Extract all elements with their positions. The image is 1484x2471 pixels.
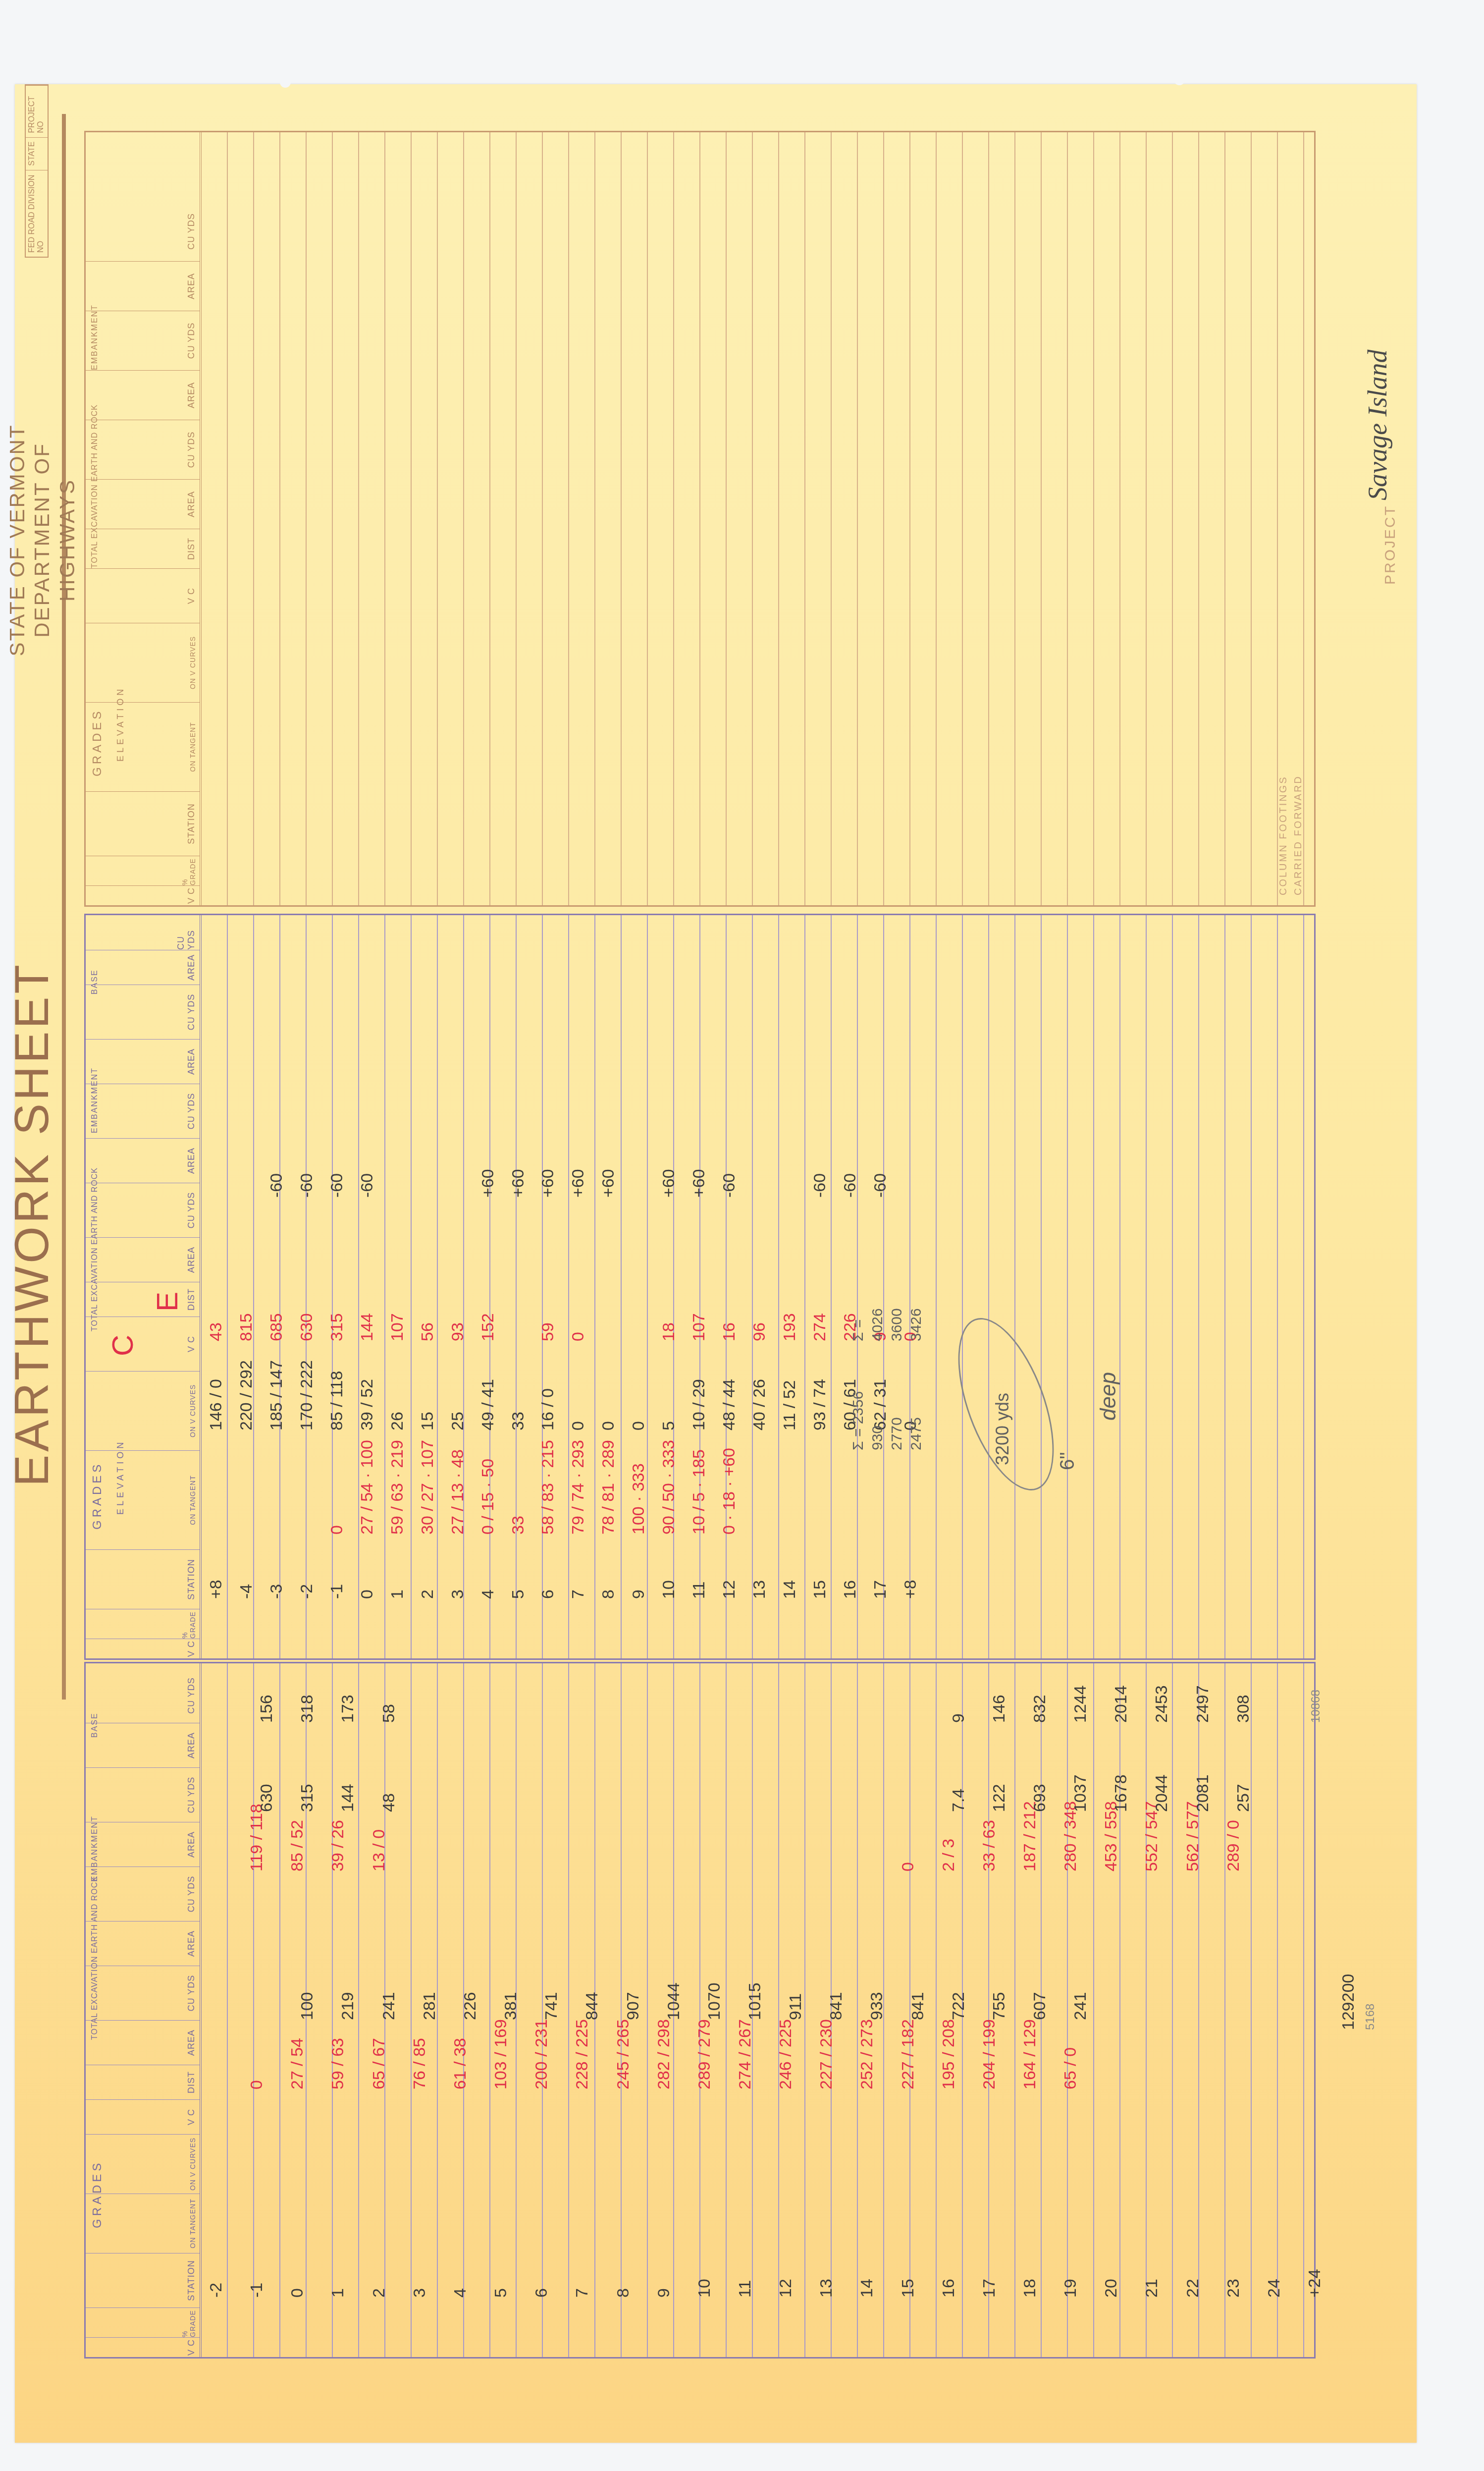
excavation-cuyds-cell: +60: [569, 1169, 588, 1198]
excavation-area-cell: 59 / 63: [328, 2038, 348, 2089]
grades-group-label: GRADES: [91, 1462, 105, 1530]
corr-cell: 56: [418, 1322, 437, 1341]
station-cell: 3: [448, 1590, 468, 1599]
col-exc-cuyds: CU YDS: [86, 1183, 200, 1237]
col-exc-area: AREA: [86, 2020, 200, 2065]
station-cell: 6: [532, 2288, 551, 2298]
col-grade: % GRADE: [86, 2307, 200, 2337]
station-cell: 9: [629, 1590, 648, 1599]
embankment-label: EMBANKMENT: [91, 304, 100, 370]
elev-tangent-cell: 59 / 63 · 219: [388, 1440, 407, 1535]
excavation-cuyds-cell: -60: [810, 1173, 830, 1198]
excavation-cuyds-cell: -60: [841, 1173, 860, 1198]
base-cuyds-cell: 1244: [1071, 1685, 1090, 1723]
excavation-area-cell: 61 / 38: [451, 2038, 470, 2089]
total-excavation-label: TOTAL EXCAVATION EARTH AND ROCK: [91, 1167, 100, 1331]
embankment-cuyds-cell: 1678: [1112, 1774, 1131, 1812]
excavation-cuyds-cell: 226: [461, 1992, 480, 2020]
col-corr-vc: V C: [86, 1317, 200, 1371]
carried-forward-label: CARRIED FORWARD: [1293, 775, 1304, 895]
excavation-area-cell: 227 / 182: [899, 2019, 918, 2089]
station-cell: 0: [358, 1590, 377, 1599]
station-cell: 17: [871, 1580, 890, 1599]
embankment-cuyds-cell: 693: [1030, 1784, 1050, 1812]
excavation-cuyds-cell: 241: [379, 1992, 399, 2020]
elev-tangent-cell: 27 / 13 · 48: [448, 1449, 468, 1535]
elev-tangent-cell: 78 / 81 · 289: [599, 1440, 618, 1535]
corr-cell: 274: [810, 1313, 830, 1341]
base-cuyds-cell: 2497: [1193, 1685, 1213, 1723]
col-cuyds2: CU YDS: [86, 1867, 200, 1921]
embankment-area-cell: 13 / 0: [370, 1829, 389, 1871]
elev-curves-cell: 10 / 29: [689, 1379, 709, 1430]
corr-cell: 685: [267, 1313, 286, 1341]
earthwork-sheet-paper: EARTHWORK SHEET STATE OF VERMONT DEPARTM…: [15, 84, 1417, 2443]
station-cell: 9: [654, 2288, 674, 2298]
fed-division-label: FED ROAD DIVISION NO: [26, 170, 48, 257]
elev-curves-cell: 0: [569, 1421, 588, 1430]
sum2-b: 3600: [887, 1308, 906, 1341]
section-2-rows: +8146 / 043-4220 / 292815-3185 / 147685-…: [202, 915, 1314, 1658]
station-cell: 1: [388, 1590, 407, 1599]
station-cell: 3: [410, 2288, 429, 2298]
col-corr-vc: V C: [86, 568, 200, 623]
section-2-header: GRADES ELEVATION TOTAL EXCAVATION EARTH …: [86, 915, 202, 1658]
sum1-a: 2770: [887, 1391, 906, 1450]
section-1-rows: -2-10119 / 118630156027 / 5410085 / 5231…: [202, 1663, 1314, 2357]
embankment-area-cell: 39 / 26: [328, 1820, 348, 1871]
excavation-cuyds-cell: +60: [478, 1169, 498, 1198]
excavation-cuyds-cell: 722: [949, 1992, 968, 2020]
elev-tangent-cell: 0 / 15 · 50: [478, 1459, 498, 1535]
corr-cell: 43: [207, 1322, 226, 1341]
excavation-cuyds-cell: 1015: [745, 1982, 765, 2020]
station-cell: 11: [689, 1582, 709, 1599]
elev-curves-cell: 39 / 52: [358, 1379, 377, 1430]
grades-group-label: GRADES: [91, 2160, 105, 2228]
excavation-cuyds-cell: 755: [990, 1992, 1009, 2020]
embankment-label: EMBANKMENT: [91, 1815, 100, 1881]
corr-cell: 193: [780, 1313, 799, 1341]
elev-curves-cell: 49 / 41: [478, 1379, 498, 1430]
col-exc-area: AREA: [86, 479, 200, 529]
station-cell: 14: [857, 2279, 877, 2298]
col-grade: % GRADE: [86, 856, 200, 885]
elev-curves-cell: 33: [509, 1412, 528, 1430]
station-cell: 19: [1061, 2279, 1080, 2298]
station-cell: -2: [207, 2283, 226, 2298]
embankment-cuyds-cell: 2081: [1193, 1774, 1213, 1812]
col-on-v-curves: ON V CURVES: [86, 623, 200, 702]
col-area2: AREA: [86, 1138, 200, 1183]
project-no-label: PROJECT NO: [26, 85, 48, 137]
col-corr-vc: V C: [86, 2099, 200, 2134]
excavation-cuyds-cell: +60: [689, 1169, 709, 1198]
embankment-area-cell: 289 / 0: [1224, 1820, 1243, 1871]
col-vc: V C: [86, 1639, 200, 1658]
station-cell: 14: [780, 1580, 799, 1599]
station-cell: 20: [1102, 2279, 1121, 2298]
total-excavation-label: TOTAL EXCAVATION EARTH AND ROCK: [91, 404, 100, 568]
column-headers: V C % GRADE STATION ON TANGENT ON V CURV…: [86, 915, 200, 1658]
col-exc-cuyds: CU YDS: [86, 1966, 200, 2020]
col-area2: AREA: [86, 370, 200, 420]
col-dist: DIST: [86, 529, 200, 568]
embankment-cuyds-cell: 630: [257, 1784, 276, 1812]
elev-curves-cell: 146 / 0: [207, 1379, 226, 1430]
corr-cell: 0: [569, 1332, 588, 1341]
col-dist: DIST: [86, 2065, 200, 2099]
station-cell: 4: [451, 2288, 470, 2298]
elev-curves-cell: 40 / 26: [750, 1379, 769, 1430]
base-label: BASE: [91, 969, 100, 994]
embankment-cuyds-cell: 7.4: [949, 1789, 968, 1812]
base-cuyds-cell: 9: [949, 1713, 968, 1723]
station-cell: +8: [901, 1580, 920, 1599]
section-1-header: GRADES TOTAL EXCAVATION EARTH AND ROCK E…: [86, 1663, 202, 2357]
elev-curves-cell: 16 / 0: [538, 1388, 558, 1430]
excavation-cuyds-cell: 933: [867, 1992, 887, 2020]
elev-curves-cell: 25: [448, 1412, 468, 1430]
embankment-area-cell: 85 / 52: [288, 1820, 307, 1871]
sum1-sub: 930: [868, 1391, 887, 1450]
station-cell: 5: [509, 1590, 528, 1599]
excavation-cuyds-cell: -60: [720, 1173, 739, 1198]
elev-curves-cell: 185 / 147: [267, 1360, 286, 1430]
column-footings-label: COLUMN FOOTINGS: [1278, 775, 1289, 895]
base-cuyds-cell: 318: [298, 1695, 317, 1723]
excavation-cuyds-cell: +60: [659, 1169, 679, 1198]
excavation-cuyds-cell: 607: [1030, 1992, 1050, 2020]
station-cell: 7: [569, 1590, 588, 1599]
corr-cell: 18: [659, 1322, 679, 1341]
station-cell: 23: [1224, 2279, 1243, 2298]
station-cell: 0: [288, 2288, 307, 2298]
base-label: BASE: [91, 1712, 100, 1738]
section-3-header: GRADES ELEVATION TOTAL EXCAVATION EARTH …: [86, 132, 202, 905]
station-cell: 10: [659, 1580, 679, 1599]
elev-tangent-cell: 0: [327, 1525, 347, 1535]
excavation-cuyds-cell: -60: [297, 1173, 317, 1198]
station-cell: -1: [327, 1584, 347, 1599]
project-label: PROJECT: [1382, 505, 1399, 585]
station-cell: 16: [841, 1580, 860, 1599]
base-cuyds-cell: 146: [990, 1695, 1009, 1723]
excavation-area-cell: 289 / 279: [695, 2019, 714, 2089]
section-3: GRADES ELEVATION TOTAL EXCAVATION EARTH …: [84, 131, 1316, 907]
excavation-area-cell: 65 / 0: [1061, 2047, 1080, 2089]
excavation-area-cell: 246 / 225: [776, 2019, 795, 2089]
station-cell: 6: [538, 1590, 558, 1599]
col-base-cuyds: CU YDS: [86, 1668, 200, 1723]
embankment-cuyds-cell: 144: [338, 1784, 358, 1812]
elevation-group-label: ELEVATION: [115, 686, 126, 762]
corr-cell: 59: [538, 1322, 558, 1341]
base-cuyds-cell: 58: [379, 1704, 399, 1723]
excavation-cuyds-cell: -60: [267, 1173, 286, 1198]
excavation-cuyds-cell: +60: [509, 1169, 528, 1198]
col-cuyds2: CU YDS: [86, 311, 200, 370]
depth-note: 6": [1057, 1452, 1079, 1470]
embankment-area-cell: 0: [899, 1862, 918, 1871]
elev-curves-cell: 48 / 44: [720, 1379, 739, 1430]
corr-cell: 152: [478, 1313, 498, 1341]
base-cuyds-cell: 2014: [1112, 1685, 1131, 1723]
sum1-b: 2475: [906, 1391, 926, 1450]
station-cell: -2: [297, 1584, 317, 1599]
embankment-cuyds-cell: 122: [990, 1784, 1009, 1812]
excavation-cuyds-cell: 219: [338, 1992, 358, 2020]
header-rule: [62, 114, 66, 1700]
punch-hole: [988, 35, 999, 46]
elev-curves-cell: 5: [659, 1421, 679, 1430]
elev-tangent-cell: 79 / 74 · 293: [569, 1440, 588, 1535]
col-vc: V C: [86, 2337, 200, 2357]
station-cell: 21: [1142, 2279, 1162, 2298]
total-excavation-label: TOTAL EXCAVATION EARTH AND ROCK: [91, 1876, 100, 2040]
station-cell: 11: [736, 2280, 755, 2298]
elev-curves-cell: 11 / 52: [780, 1380, 799, 1430]
elev-tangent-cell: 0 · 18 · +60: [720, 1448, 739, 1535]
column-headers: V C % GRADE STATION ON TANGENT ON V CURV…: [86, 132, 200, 905]
elev-tangent-cell: 33: [509, 1516, 528, 1535]
agency-line2: DEPARTMENT OF HIGHWAYS: [30, 411, 80, 669]
excavation-cuyds-cell: 841: [908, 1992, 928, 2020]
excavation-total: 129200: [1339, 1974, 1358, 2030]
base-cuyds-cell: 832: [1030, 1695, 1050, 1723]
elev-tangent-cell: 58 / 83 · 215: [538, 1440, 558, 1535]
corr-cell: 315: [327, 1313, 347, 1341]
excavation-area-cell: 27 / 54: [288, 2038, 307, 2089]
sum2-c: 3426: [906, 1308, 926, 1341]
col-exc-area: AREA: [86, 1237, 200, 1282]
station-cell: 18: [1020, 2279, 1040, 2298]
embankment-cuyds-cell: 315: [298, 1784, 317, 1812]
annotation-e: E: [150, 1292, 184, 1312]
section-1: GRADES TOTAL EXCAVATION EARTH AND ROCK E…: [84, 1662, 1316, 2359]
embankment-area-cell: 119 / 118: [247, 1804, 266, 1871]
col-emb-area: AREA: [86, 261, 200, 311]
excavation-cuyds-cell: 1070: [705, 1982, 724, 2020]
excavation-area-cell: 103 / 169: [491, 2019, 511, 2089]
col-base-cuyds: CU YDS: [86, 915, 200, 950]
corr-cell: 144: [358, 1313, 377, 1341]
elev-curves-cell: 93 / 74: [810, 1379, 830, 1430]
excavation-area-cell: 282 / 298: [654, 2019, 674, 2089]
fed-road-box: FED ROAD DIVISION NO STATE PROJECT NO: [25, 84, 49, 258]
sum2-label: Σ =: [848, 1308, 868, 1341]
station-cell: 22: [1183, 2279, 1203, 2298]
punch-hole: [1174, 59, 1185, 70]
embankment-cuyds-cell: 48: [379, 1793, 399, 1812]
col-area2: AREA: [86, 1921, 200, 1966]
grades-group-label: GRADES: [91, 709, 105, 776]
station-cell: 8: [614, 2288, 633, 2298]
corr-cell: 16: [720, 1322, 739, 1341]
station-cell: 8: [599, 1590, 618, 1599]
station-cell: 12: [720, 1580, 739, 1599]
corr-cell: 107: [689, 1313, 709, 1341]
station-cell: 5: [491, 2288, 511, 2298]
station-cell: 10: [695, 2279, 714, 2298]
excavation-cuyds-cell: 281: [420, 1992, 439, 2020]
excavation-area-cell: 204 / 199: [980, 2019, 999, 2089]
elev-curves-cell: 170 / 222: [297, 1360, 317, 1430]
elev-curves-cell: 85 / 118: [327, 1371, 347, 1430]
station-cell: 2: [370, 2288, 389, 2298]
embankment-cuyds-cell: 257: [1234, 1784, 1253, 1812]
excavation-cuyds-cell: 741: [542, 1992, 561, 2020]
station-cell: 2: [418, 1590, 437, 1599]
elev-curves-cell: 220 / 292: [237, 1360, 256, 1430]
col-grade: % GRADE: [86, 1609, 200, 1639]
station-cell: +24: [1305, 2269, 1325, 2298]
excavation-area-cell: 200 / 231: [532, 2019, 551, 2089]
excavation-area-cell: 195 / 208: [939, 2019, 958, 2089]
embankment-area-cell: 33 / 63: [980, 1820, 999, 1871]
station-cell: 13: [750, 1580, 769, 1599]
col-emb-cuyds: CU YDS: [86, 1767, 200, 1822]
base-cuyds-cell: 2453: [1152, 1685, 1171, 1723]
col-emb-area: AREA: [86, 1822, 200, 1867]
corr-cell: 96: [750, 1322, 769, 1341]
col-exc-cuyds: CU YDS: [86, 420, 200, 479]
corr-cell: 93: [448, 1322, 468, 1341]
corr-cell: 815: [237, 1313, 256, 1341]
col-emb-area: AREA: [86, 1039, 200, 1084]
excavation-cuyds-cell: 911: [786, 1993, 805, 2020]
base-total: 10868: [1309, 1690, 1323, 1723]
sheet-title: EARTHWORK SHEET: [5, 962, 59, 1486]
corr-cell: 630: [297, 1313, 317, 1341]
embankment-label: EMBANKMENT: [91, 1067, 100, 1133]
elev-curves-cell: 0: [629, 1421, 648, 1430]
column-headers: V C % GRADE STATION ON TANGENT ON V CURV…: [86, 1663, 200, 2357]
base-cuyds-cell: 308: [1234, 1695, 1253, 1723]
excavation-area-cell: 65 / 67: [370, 2038, 389, 2089]
col-on-v-curves: ON V CURVES: [86, 1371, 200, 1450]
station-cell: 15: [810, 1580, 830, 1599]
excavation-note: 5168: [1364, 2004, 1378, 2030]
elev-tangent-cell: 30 / 27 · 107: [418, 1440, 437, 1535]
excavation-cuyds-cell: 841: [827, 1992, 846, 2020]
embankment-cuyds-cell: 2044: [1152, 1774, 1171, 1812]
base-cuyds-cell: 156: [257, 1695, 276, 1723]
agency-name: STATE OF VERMONT DEPARTMENT OF HIGHWAYS: [5, 411, 80, 669]
sum-note-1: Σ = 2356 930 2770 2475: [848, 1391, 926, 1450]
base-cuyds-cell: 173: [338, 1695, 358, 1723]
sum1-label: Σ = 2356: [848, 1391, 868, 1450]
col-vc: V C: [86, 885, 200, 905]
station-cell: -4: [237, 1584, 256, 1599]
excavation-cuyds-cell: +60: [599, 1169, 618, 1198]
col-station: STATION: [86, 1549, 200, 1609]
station-cell: -1: [247, 2283, 266, 2298]
embankment-area-cell: 2 / 3: [939, 1839, 958, 1871]
circled-value: 3200 yds: [992, 1393, 1013, 1465]
deep-note: deep: [1096, 1372, 1121, 1421]
station-cell: -3: [267, 1584, 286, 1599]
elev-curves-cell: 26: [388, 1412, 407, 1430]
excavation-cuyds-cell: 100: [298, 1992, 317, 2020]
station-cell: 1: [328, 2288, 348, 2298]
excavation-cuyds-cell: -60: [871, 1173, 890, 1198]
excavation-cuyds-cell: -60: [327, 1173, 347, 1198]
station-cell: 15: [899, 2279, 918, 2298]
station-cell: 16: [939, 2279, 958, 2298]
col-station: STATION: [86, 791, 200, 856]
col-base-area: AREA: [86, 950, 200, 985]
excavation-area-cell: 274 / 267: [736, 2019, 755, 2089]
station-cell: +8: [207, 1580, 226, 1599]
excavation-cuyds-cell: 844: [583, 1992, 602, 2020]
excavation-cuyds-cell: +60: [538, 1169, 558, 1198]
elev-curves-cell: 0: [599, 1421, 618, 1430]
sum-note-2: Σ = 4026 3600 3426: [848, 1308, 926, 1341]
excavation-cuyds-cell: 1044: [664, 1982, 684, 2020]
elev-tangent-cell: 100 · 333: [629, 1463, 648, 1535]
project-name: Savage Island: [1362, 350, 1393, 500]
excavation-cuyds-cell: 241: [1071, 1992, 1090, 2020]
excavation-area-cell: 76 / 85: [410, 2038, 429, 2089]
excavation-cuyds-cell: 907: [624, 1992, 643, 2020]
state-label: STATE: [26, 137, 48, 170]
excavation-cuyds-cell: 381: [501, 1992, 521, 2020]
punch-hole: [280, 62, 291, 73]
col-emb-cuyds: CU YDS: [86, 985, 200, 1039]
station-cell: 24: [1265, 2279, 1284, 2298]
section-3-rows: [202, 132, 1314, 905]
station-cell: 17: [980, 2279, 999, 2298]
station-cell: 12: [776, 2279, 795, 2298]
col-base-area: AREA: [86, 1723, 200, 1767]
agency-line1: STATE OF VERMONT: [5, 411, 30, 669]
col-cuyds2: CU YDS: [86, 1084, 200, 1138]
elev-curves-cell: 15: [418, 1412, 437, 1430]
annotation-c: C: [106, 1335, 140, 1356]
col-station: STATION: [86, 2253, 200, 2307]
excavation-area-cell: 252 / 273: [857, 2019, 877, 2089]
rotated-form: EARTHWORK SHEET STATE OF VERMONT DEPARTM…: [15, 84, 1417, 2443]
excavation-cuyds-cell: -60: [358, 1173, 377, 1198]
elev-tangent-cell: 10 / 5 · 185: [689, 1449, 709, 1535]
sum2-a: 4026: [868, 1308, 887, 1341]
elev-tangent-cell: 90 / 50 · 333: [659, 1440, 679, 1535]
elev-tangent-cell: 27 / 54 · 100: [358, 1440, 377, 1535]
station-cell: 4: [478, 1590, 498, 1599]
station-cell: 13: [817, 2279, 836, 2298]
col-emb-cuyds: CU YDS: [86, 202, 200, 261]
excavation-area-cell: 227 / 230: [817, 2019, 836, 2089]
section-2: GRADES ELEVATION TOTAL EXCAVATION EARTH …: [84, 914, 1316, 1660]
corr-cell: 107: [388, 1313, 407, 1341]
excavation-area-cell: 164 / 129: [1020, 2019, 1040, 2089]
excavation-area-cell: 245 / 265: [614, 2019, 633, 2089]
excavation-area-cell: 228 / 225: [573, 2019, 592, 2089]
excavation-area-cell: 0: [247, 2080, 266, 2089]
punch-hole: [1174, 74, 1185, 85]
embankment-cuyds-cell: 1037: [1071, 1774, 1090, 1812]
station-cell: 7: [573, 2288, 592, 2298]
punch-hole: [451, 32, 462, 43]
elevation-group-label: ELEVATION: [115, 1439, 126, 1515]
